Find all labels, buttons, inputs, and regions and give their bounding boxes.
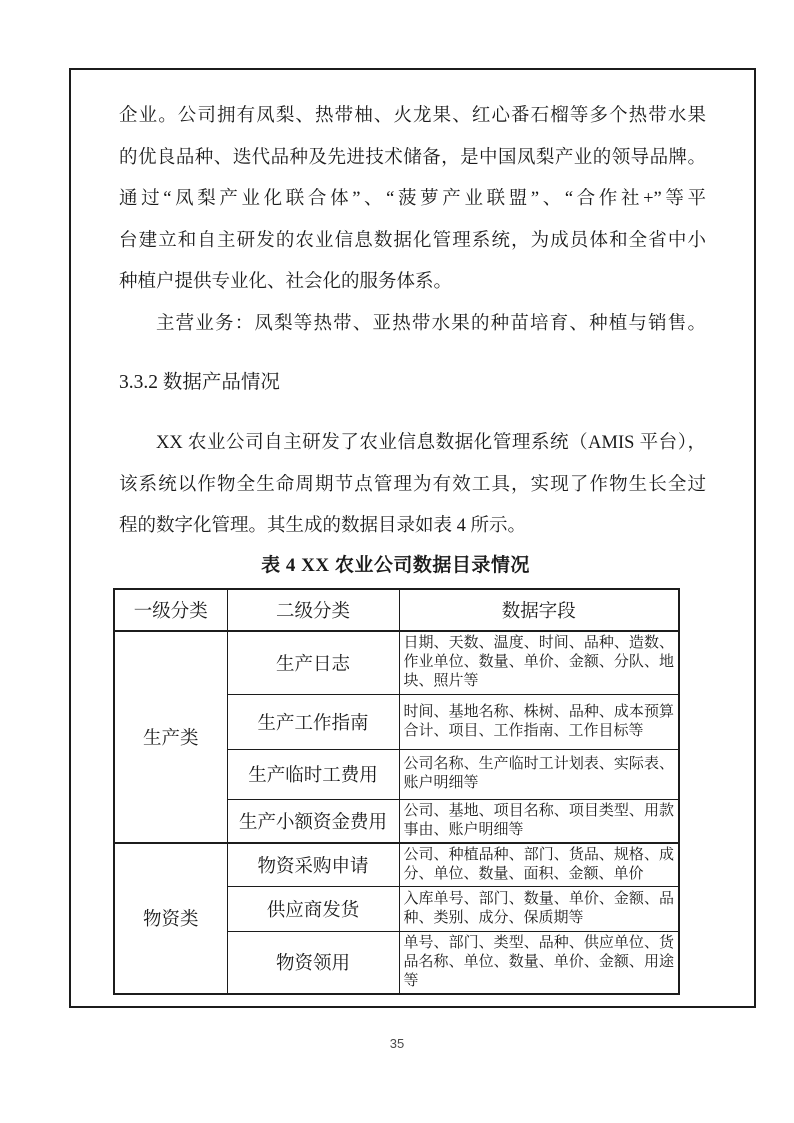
data-catalog-table: 一级分类 二级分类 数据字段 生产类 生产日志 日期、天数、温度、时间、品种、造… bbox=[113, 588, 680, 995]
fields-cell: 单号、部门、类型、品种、供应单位、货品名称、单位、数量、单价、金额、用途等 bbox=[399, 931, 679, 994]
paragraph-line: 通过“凤梨产业化联合体”、“菠萝产业联盟”、“合作社+”等平 bbox=[119, 179, 706, 221]
table-row: 生产类 生产日志 日期、天数、温度、时间、品种、造数、作业单位、数量、单价、金额… bbox=[114, 631, 679, 694]
paragraph-line: 程的数字化管理。其生成的数据目录如表 4 所示。 bbox=[119, 506, 706, 548]
table-header-cell: 一级分类 bbox=[114, 589, 227, 631]
table-row: 物资类 物资采购申请 公司、种植品种、部门、货品、规格、成分、单位、数量、面积、… bbox=[114, 843, 679, 887]
body-text-block: XX 农业公司自主研发了农业信息数据化管理系统（AMIS 平台）， 该系统以作物… bbox=[119, 423, 706, 548]
table-header-cell: 数据字段 bbox=[399, 589, 679, 631]
category-cell: 物资类 bbox=[114, 843, 227, 994]
fields-cell: 公司、种植品种、部门、货品、规格、成分、单位、数量、面积、金额、单价 bbox=[399, 843, 679, 887]
body-text-block: 企业。公司拥有凤梨、热带柚、火龙果、红心番石榴等多个热带水果 的优良品种、迭代品… bbox=[119, 96, 706, 345]
table-header-row: 一级分类 二级分类 数据字段 bbox=[114, 589, 679, 631]
subcategory-cell: 生产小额资金费用 bbox=[227, 799, 399, 843]
paragraph-line: 种植户提供专业化、社会化的服务体系。 bbox=[119, 262, 706, 304]
table-title: 表 4 XX 农业公司数据目录情况 bbox=[113, 551, 678, 581]
subcategory-cell: 生产临时工费用 bbox=[227, 749, 399, 799]
subcategory-cell: 生产工作指南 bbox=[227, 694, 399, 749]
paragraph-line: XX 农业公司自主研发了农业信息数据化管理系统（AMIS 平台）， bbox=[119, 423, 706, 465]
paragraph-line: 该系统以作物全生命周期节点管理为有效工具，实现了作物生长全过 bbox=[119, 465, 706, 507]
paragraph-line: 企业。公司拥有凤梨、热带柚、火龙果、红心番石榴等多个热带水果 bbox=[119, 96, 706, 138]
fields-cell: 公司、基地、项目名称、项目类型、用款事由、账户明细等 bbox=[399, 799, 679, 843]
page-number: 35 bbox=[0, 1036, 794, 1051]
subcategory-cell: 供应商发货 bbox=[227, 886, 399, 931]
document-page: { "document": { "paragraph1_lines": [ "企… bbox=[0, 0, 794, 1123]
fields-cell: 时间、基地名称、株树、品种、成本预算合计、项目、工作指南、工作目标等 bbox=[399, 694, 679, 749]
fields-cell: 日期、天数、温度、时间、品种、造数、作业单位、数量、单价、金额、分队、地块、照片… bbox=[399, 631, 679, 694]
category-cell: 生产类 bbox=[114, 631, 227, 843]
subcategory-cell: 物资领用 bbox=[227, 931, 399, 994]
paragraph-line: 主营业务：凤梨等热带、亚热带水果的种苗培育、种植与销售。 bbox=[119, 304, 706, 346]
subcategory-cell: 生产日志 bbox=[227, 631, 399, 694]
fields-cell: 入库单号、部门、数量、单价、金额、品种、类别、成分、保质期等 bbox=[399, 886, 679, 931]
paragraph-line: 台建立和自主研发的农业信息数据化管理系统，为成员体和全省中小 bbox=[119, 221, 706, 263]
subcategory-cell: 物资采购申请 bbox=[227, 843, 399, 887]
paragraph-line: 的优良品种、迭代品种及先进技术储备，是中国凤梨产业的领导品牌。 bbox=[119, 138, 706, 180]
fields-cell: 公司名称、生产临时工计划表、实际表、账户明细等 bbox=[399, 749, 679, 799]
section-heading: 3.3.2 数据产品情况 bbox=[119, 362, 706, 404]
table-header-cell: 二级分类 bbox=[227, 589, 399, 631]
